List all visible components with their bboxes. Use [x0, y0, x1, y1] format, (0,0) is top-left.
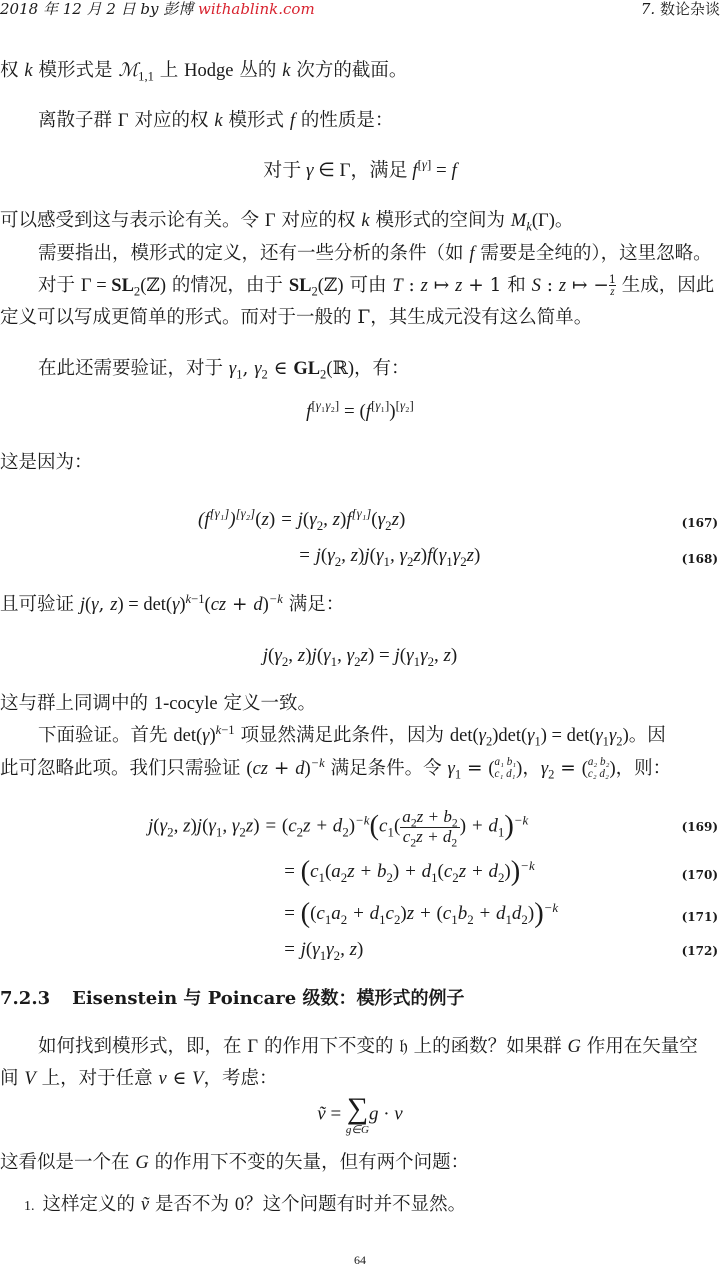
- equation-169: j(γ2, z)j(γ1, γ2z) = (c2z + d2)−k(c1(a2z…: [148, 808, 528, 847]
- section-number: 7.2.3: [0, 988, 50, 1009]
- equation-172: = j(γ1γ2, z): [283, 936, 363, 964]
- paragraph-hodge-bundle: 权 k 模形式是 ℳ1,1 上 Hodge 丛的 k 次方的截面。: [0, 58, 407, 84]
- paragraph-verify-line2: 此可忽略此项。我们只需验证 (cz + d)−k 满足条件。令 γ1 = (a₁…: [0, 756, 671, 782]
- paragraph-because: 这是因为：: [0, 450, 93, 476]
- equation-number-172: (172): [682, 944, 718, 958]
- equation-number-168: (168): [682, 552, 718, 566]
- paragraph-find-modular-forms-line1: 如何找到模形式，即，在 Γ 的作用下不变的 𝔥 上的函数？如果群 G 作用在矢量…: [38, 1034, 698, 1060]
- running-header-right: 7. 数论杂谈: [641, 0, 720, 18]
- chapter-number: 7.: [641, 0, 655, 18]
- paragraph-gl2r: 在此还需要验证，对于 γ1, γ2 ∈ GL2(ℝ)，有：: [38, 356, 410, 382]
- display-equation-cocycle: j(γ2, z)j(γ1, γ2z) = j(γ1γ2, z): [0, 642, 720, 670]
- running-header-left: 2018 年 12 月 2 日 by 彭博 withablink.com: [0, 0, 315, 18]
- paragraph-1-cocycle: 这与群上同调中的 1-cocyle 定义一致。: [0, 691, 316, 717]
- paragraph-representation: 可以感受到这与表示论有关。令 Γ 对应的权 k 模形式的空间为 Mk(Γ)。: [0, 208, 573, 234]
- display-equation-average: ṽ = ∑g∈Gg · v: [0, 1094, 720, 1144]
- equation-171: = ((c1a2 + d1c2)z + (c1b2 + d1d2))−k: [283, 900, 558, 928]
- paragraph-j-definition: 且可验证 j(γ, z) = det(γ)k−1(cz + d)−k 满足：: [0, 592, 344, 618]
- header-date-author: 2018 年 12 月 2 日 by 彭博: [0, 0, 193, 18]
- display-equation-invariance: 对于 γ ∈ Γ，满足 f[γ] = f: [0, 157, 720, 185]
- equation-167: (f[γ₁])[γ₂](z) = j(γ2, z)f[γ₁](γ2z): [198, 506, 405, 534]
- equation-number-171: (171): [682, 910, 718, 924]
- header-site-link[interactable]: withablink.com: [198, 0, 315, 18]
- paragraph-find-modular-forms-line2: 间 V 上，对于任意 v ∈ V，考虑：: [0, 1066, 277, 1092]
- paragraph-sl2z-line1: 对于 Γ = SL2(ℤ) 的情况，由于 SL2(ℤ) 可由 T : z ↦ z…: [38, 273, 714, 299]
- page-number: 64: [0, 1253, 720, 1268]
- paragraph-verify-line1: 下面验证。首先 det(γ)k−1 项显然满足此条件，因为 det(γ2)det…: [38, 723, 666, 749]
- equation-number-170: (170): [682, 868, 718, 882]
- equation-number-167: (167): [682, 516, 718, 530]
- chapter-title: 数论杂谈: [660, 0, 720, 18]
- list-marker: 1.: [24, 1199, 35, 1214]
- paragraph-two-problems: 这看似是一个在 G 的作用下不变的矢量，但有两个问题：: [0, 1150, 469, 1176]
- paragraph-sl2z-line2: 定义可以写成更简单的形式。而对于一般的 Γ，其生成元没有这么简单。: [0, 305, 592, 331]
- display-equation-composition: f[γ₁γ₂] = (f[γ₁])[γ₂]: [0, 398, 720, 426]
- list-item: 1.这样定义的 ṽ 是否不为 0？这个问题有时并不显然。: [24, 1192, 466, 1220]
- paragraph-analytic-conditions: 需要指出，模形式的定义，还有一些分析的条件（如 f 需要是全纯的），这里忽略。: [38, 241, 712, 267]
- section-heading: 7.2.3Eisenstein 与 Poincare 级数：模形式的例子: [0, 986, 465, 1012]
- paragraph-property-intro: 离散子群 Γ 对应的权 k 模形式 f 的性质是：: [38, 108, 393, 134]
- section-title: Eisenstein 与 Poincare 级数：模形式的例子: [72, 988, 464, 1009]
- equation-number-169: (169): [682, 820, 718, 834]
- equation-168: = j(γ2, z)j(γ1, γ2z)f(γ1γ2z): [298, 542, 480, 570]
- equation-170: = (c1(a2z + b2) + d1(c2z + d2))−k: [283, 858, 535, 886]
